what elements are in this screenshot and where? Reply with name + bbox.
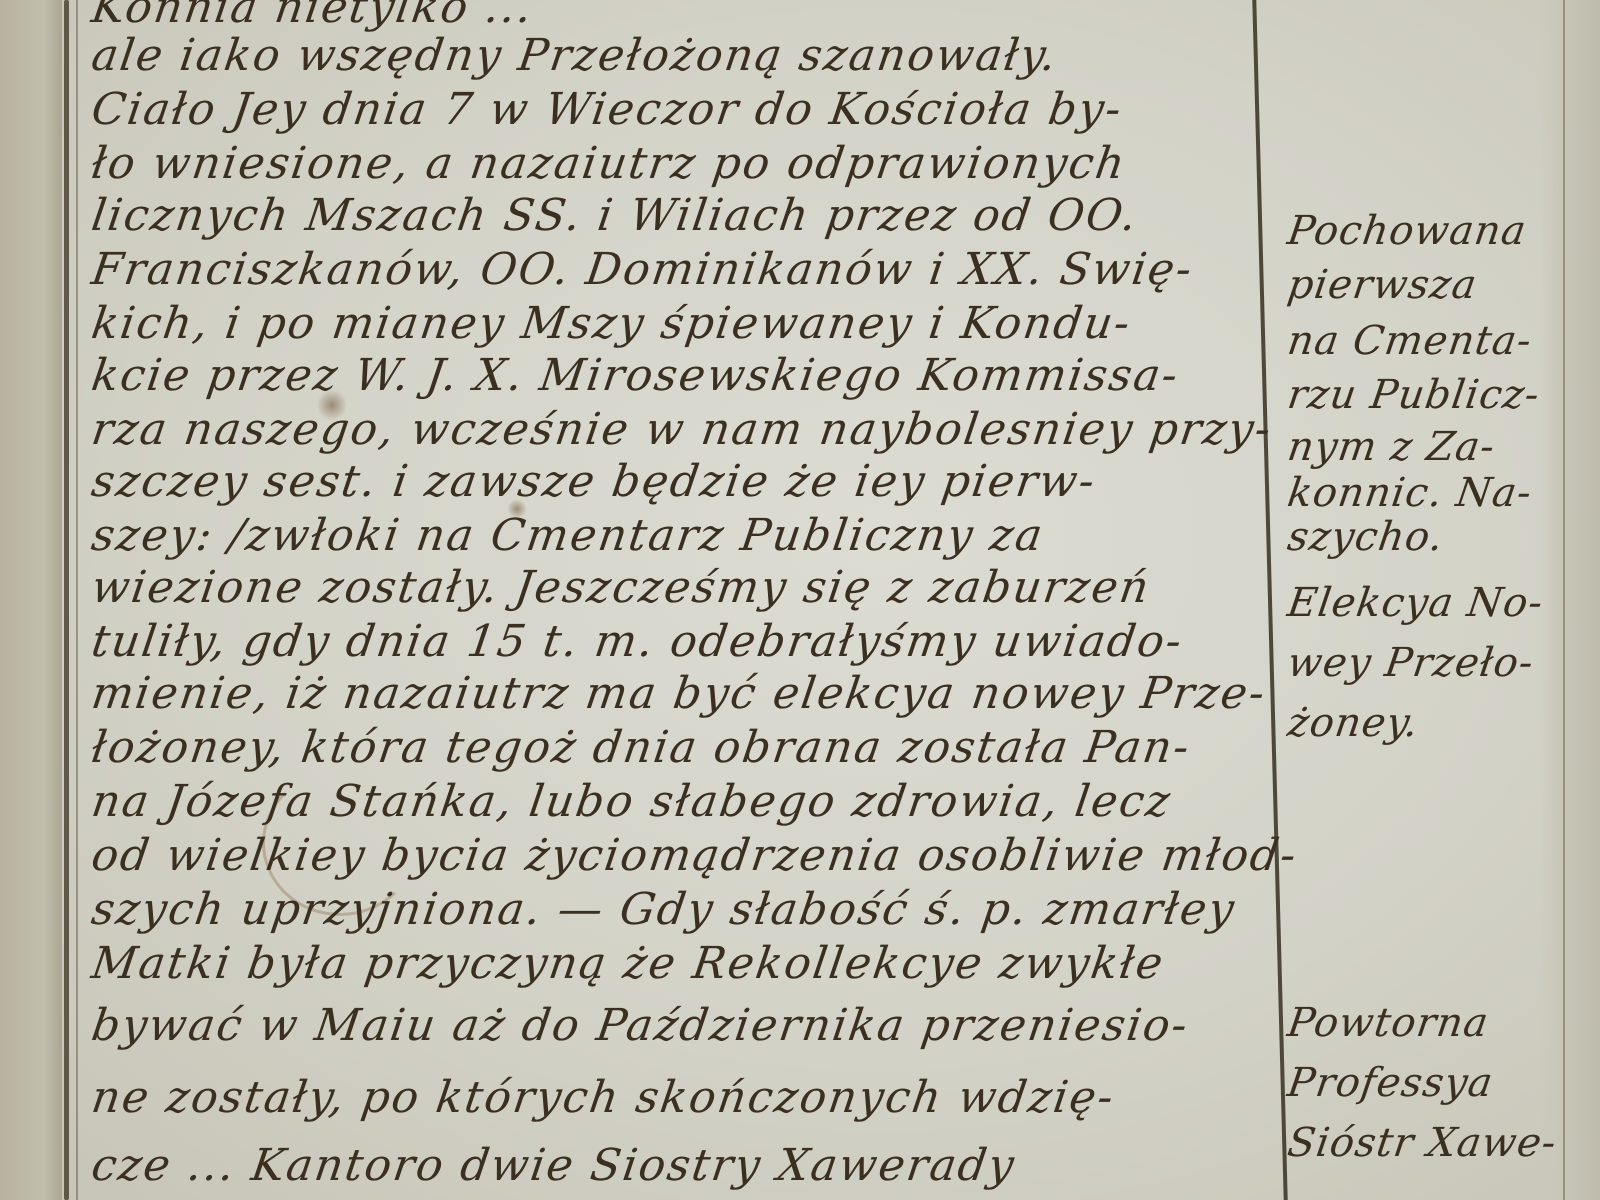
text-line: łożoney, która tegoż dnia obrana została… bbox=[88, 722, 1194, 773]
main-text-column: Konnia nietylko ... ale iako wszędny Prz… bbox=[92, 0, 1262, 1200]
text-line: Konnia nietylko ... bbox=[88, 0, 536, 33]
margin-note-line: wey Przeło- bbox=[1285, 640, 1537, 686]
text-line: tuliły, gdy dnia 15 t. m. odebrałyśmy uw… bbox=[88, 616, 1186, 667]
page-left-edge bbox=[0, 0, 62, 1200]
margin-note-line: nym z Za- bbox=[1285, 424, 1498, 470]
text-line: Franciszkanów, OO. Dominikanów i XX. Swi… bbox=[88, 244, 1196, 295]
margin-note-line: pierwsza bbox=[1285, 262, 1480, 308]
margin-note-line: Professya bbox=[1285, 1060, 1497, 1106]
text-line: Matki była przyczyną że Rekollekcye zwyk… bbox=[88, 938, 1167, 989]
margin-note-line: konnic. Na- bbox=[1285, 470, 1535, 516]
margin-note-line: Powtorna bbox=[1285, 1000, 1492, 1046]
text-line: kich, i po mianey Mszy śpiewaney i Kondu… bbox=[88, 298, 1134, 349]
text-line: licznych Mszach SS. i Wiliach przez od O… bbox=[88, 190, 1141, 241]
text-line: szczey sest. i zawsze będzie że iey pier… bbox=[88, 456, 1099, 507]
text-line: na Józefa Stańka, lubo słabego zdrowia, … bbox=[88, 776, 1175, 827]
margin-note-line: Pochowana bbox=[1285, 208, 1530, 254]
text-line: mienie, iż nazaiutrz ma być elekcya nowe… bbox=[88, 668, 1269, 719]
text-line: cze ... Kantoro dwie Siostry Xawerady bbox=[88, 1140, 1018, 1191]
left-margin-rule-inner bbox=[76, 0, 78, 1200]
text-line: od wielkiey bycia życiomądrzenia osobliw… bbox=[88, 830, 1301, 881]
margin-note-line: żoney. bbox=[1285, 700, 1422, 746]
margin-note-line: Elekcya No- bbox=[1285, 580, 1547, 626]
margin-note-line: rzu Publicz- bbox=[1285, 372, 1543, 418]
text-line: Ciało Jey dnia 7 w Wieczor do Kościoła b… bbox=[88, 84, 1126, 135]
margin-note-line: szycho. bbox=[1285, 514, 1447, 560]
text-line: rza naszego, wcześnie w nam naybolesniey… bbox=[88, 404, 1275, 455]
manuscript-page: Konnia nietylko ... ale iako wszędny Prz… bbox=[0, 0, 1600, 1200]
text-line: ło wniesione, a nazaiutrz po odprawionyc… bbox=[88, 138, 1129, 189]
margin-note-line: Sióstr Xawe- bbox=[1285, 1120, 1560, 1166]
text-line: ale iako wszędny Przełożoną szanowały. bbox=[88, 30, 1061, 81]
left-margin-rule bbox=[64, 0, 69, 1200]
text-line: szey: /zwłoki na Cmentarz Publiczny za bbox=[88, 510, 1047, 561]
text-line: wiezione zostały. Jeszcześmy się z zabur… bbox=[88, 562, 1153, 613]
margin-note-line: na Cmenta- bbox=[1285, 318, 1535, 364]
text-line: bywać w Maiu aż do Października przenies… bbox=[88, 1000, 1192, 1051]
text-line: kcie przez W. J. X. Mirosewskiego Kommis… bbox=[88, 350, 1182, 401]
text-line: ne zostały, po których skończonych wdzię… bbox=[88, 1072, 1118, 1123]
text-line: szych uprzyjniona. — Gdy słabość ś. p. z… bbox=[88, 884, 1239, 935]
margin-notes-column: Pochowana pierwsza na Cmenta- rzu Public… bbox=[1288, 0, 1578, 1200]
